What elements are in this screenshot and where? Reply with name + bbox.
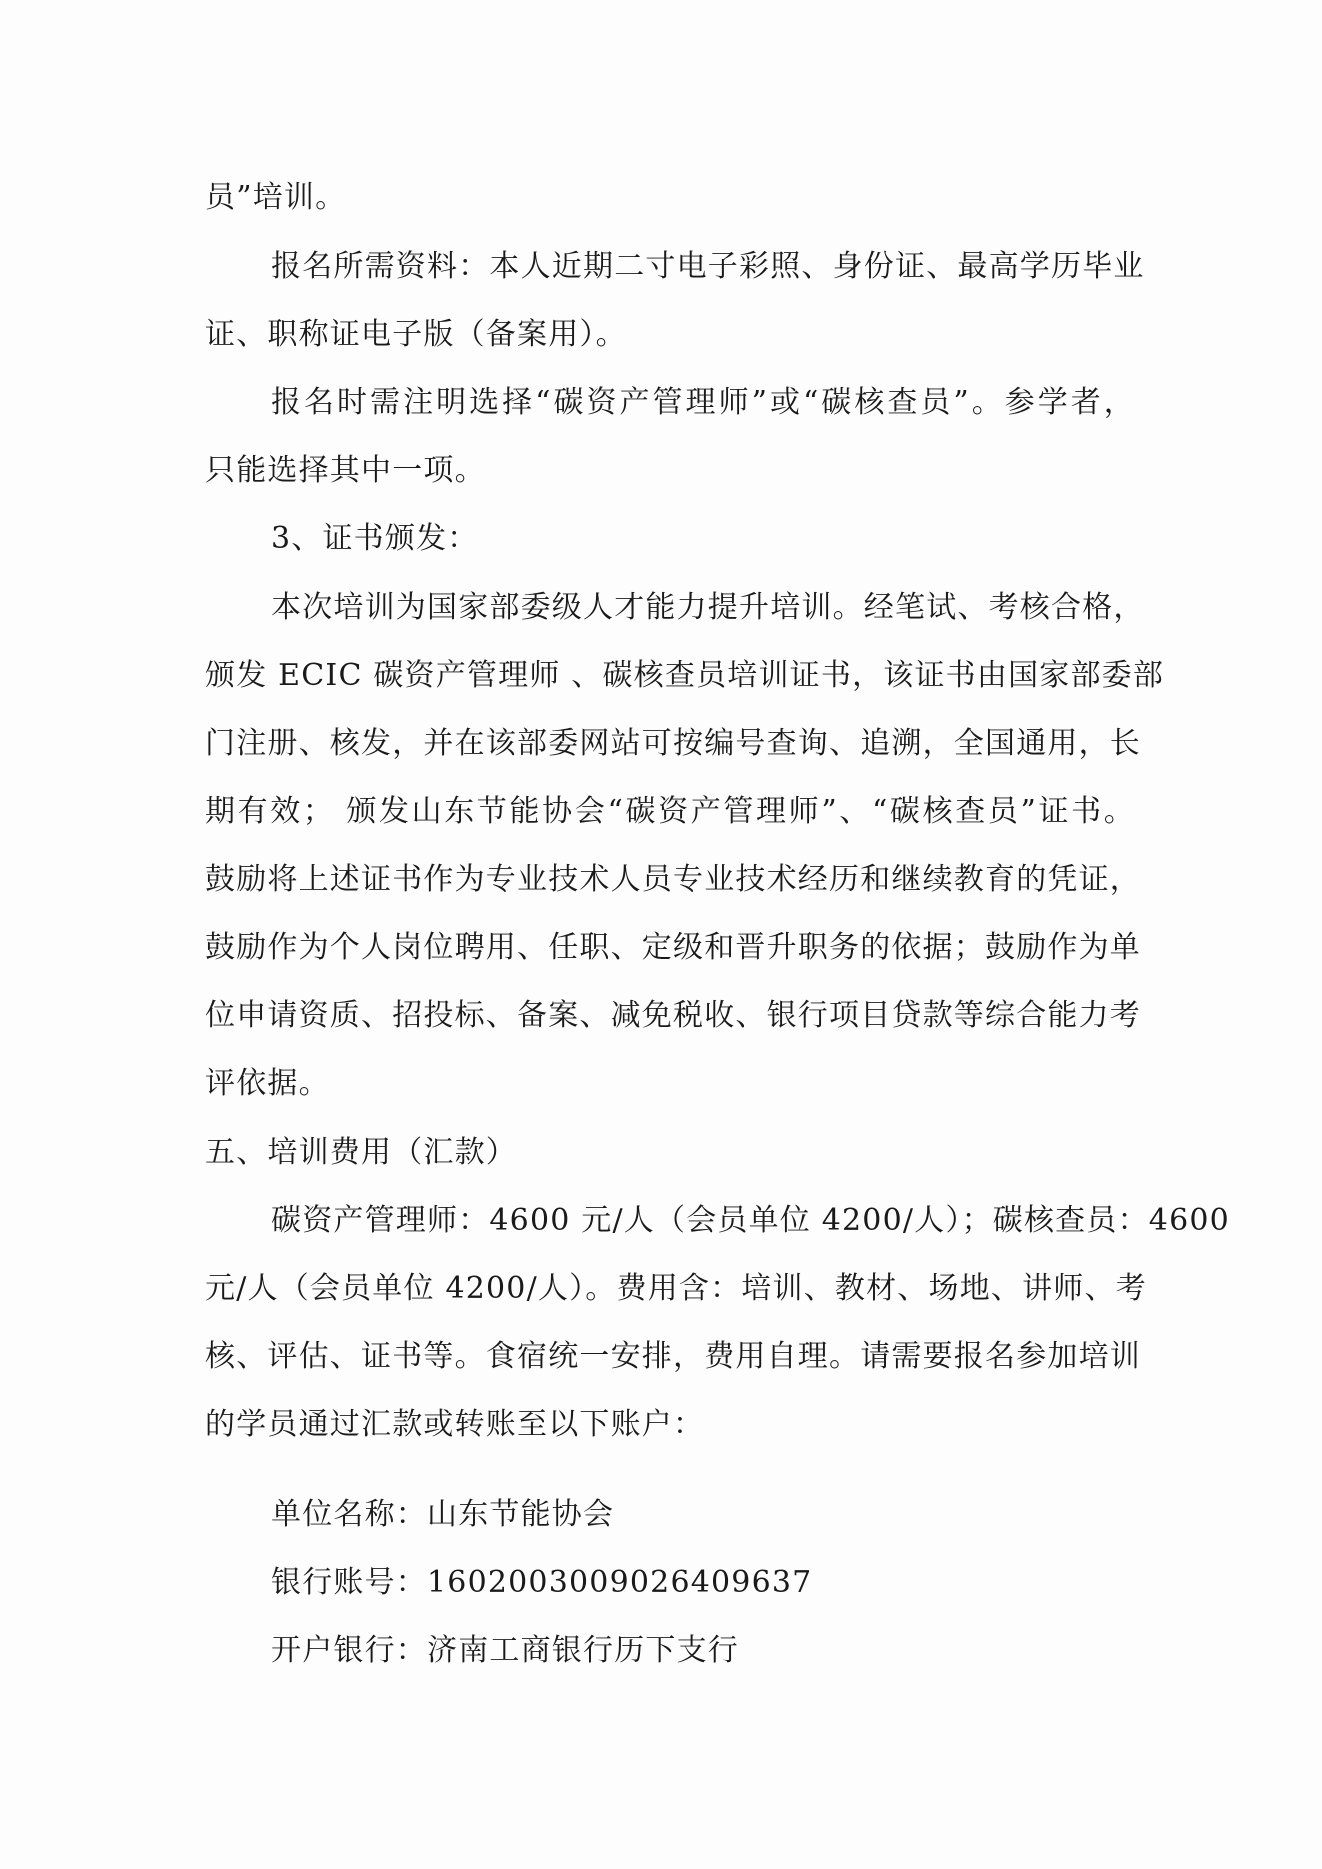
bank-name: 开户银行：济南工商银行历下支行 (271, 1631, 1135, 1671)
fee-line-1: 碳资产管理师：4600 元/人（会员单位 4200/人）；碳核查员：4600 (271, 1201, 1135, 1241)
text-line-8: 颁发 ECIC 碳资产管理师 、碳核查员培训证书，该证书由国家部委部 (205, 656, 1135, 696)
text-line-14: 评依据。 (205, 1064, 1135, 1104)
fee-line-4: 的学员通过汇款或转账至以下账户： (205, 1405, 1135, 1445)
section-heading-training-fee: 五、培训费用（汇款） (205, 1133, 1135, 1173)
subsection-heading-certificate: 3、证书颁发： (271, 519, 1135, 559)
text-line-5: 只能选择其中一项。 (205, 451, 1135, 491)
document-page: 员”培训。 报名所需资料：本人近期二寸电子彩照、身份证、最高学历毕业 证、职称证… (0, 0, 1322, 1869)
text-line-9: 门注册、核发，并在该部委网站可按编号查询、追溯，全国通用，长 (205, 724, 1135, 764)
text-line-2: 报名所需资料：本人近期二寸电子彩照、身份证、最高学历毕业 (271, 247, 1135, 287)
text-line-13: 位申请资质、招投标、备案、减免税收、银行项目贷款等综合能力考 (205, 996, 1135, 1036)
bank-unit-name: 单位名称：山东节能协会 (271, 1495, 1135, 1535)
text-line-11: 鼓励将上述证书作为专业技术人员专业技术经历和继续教育的凭证， (205, 860, 1135, 900)
bank-account-number: 银行账号：1602003009026409637 (271, 1563, 1135, 1603)
text-line-3: 证、职称证电子版（备案用）。 (205, 315, 1135, 355)
text-line-1: 员”培训。 (205, 178, 1135, 218)
text-line-4: 报名时需注明选择“碳资产管理师”或“碳核查员”。参学者， (271, 383, 1135, 423)
text-line-7: 本次培训为国家部委级人才能力提升培训。经笔试、考核合格， (271, 588, 1135, 628)
fee-line-3: 核、评估、证书等。食宿统一安排，费用自理。请需要报名参加培训 (205, 1337, 1135, 1377)
text-line-10: 期有效； 颁发山东节能协会“碳资产管理师”、“碳核查员”证书。 (205, 792, 1135, 832)
fee-line-2: 元/人（会员单位 4200/人）。费用含：培训、教材、场地、讲师、考 (205, 1269, 1135, 1309)
text-line-12: 鼓励作为个人岗位聘用、任职、定级和晋升职务的依据；鼓励作为单 (205, 928, 1135, 968)
